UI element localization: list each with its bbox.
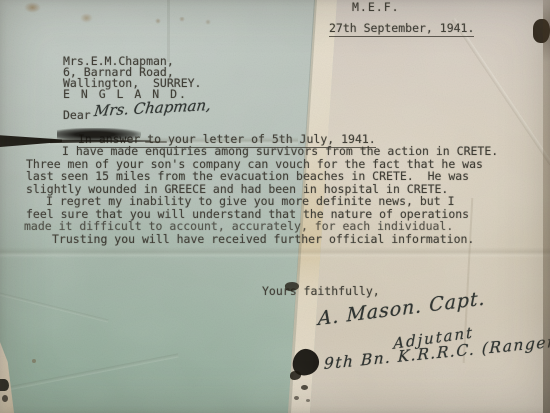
bottom-left-tear-speck-1 xyxy=(0,379,9,391)
body-line-2: I have made enquiries among survivors fr… xyxy=(62,145,498,157)
vertical-crease-top-left xyxy=(167,0,170,62)
diagonal-crease-bottom-left xyxy=(0,353,179,394)
body-line-6: I regret my inability to give you more d… xyxy=(46,195,455,207)
date-line: 27th September, 1941. xyxy=(329,22,474,34)
date-underline: 27th September, 1941. xyxy=(329,21,474,37)
unit-heading: M.E.F. xyxy=(352,1,400,13)
tear-left-edge xyxy=(0,134,62,147)
stain-bottom-left xyxy=(32,359,36,363)
body-line-8: made it difficult to account, accurately… xyxy=(24,220,453,232)
body-line-9: Trusting you will have received further … xyxy=(52,233,474,245)
bottom-left-torn-wedge xyxy=(0,342,14,413)
closing-line: Yours faithfully, xyxy=(262,285,380,297)
stain-top-left-2 xyxy=(80,13,93,23)
bottom-left-tear-speck-2 xyxy=(2,395,8,402)
stain-top-left-1 xyxy=(24,2,41,13)
stain-dots-top xyxy=(150,17,230,26)
diagonal-crease-mid-left xyxy=(0,291,109,323)
letter-photo: M.E.F. 27th September, 1941. Mrs.E.M.Cha… xyxy=(0,0,550,413)
body-line-4: last seen 15 miles from the evacuation b… xyxy=(26,170,469,182)
salutation-typed: Dear xyxy=(63,109,91,121)
